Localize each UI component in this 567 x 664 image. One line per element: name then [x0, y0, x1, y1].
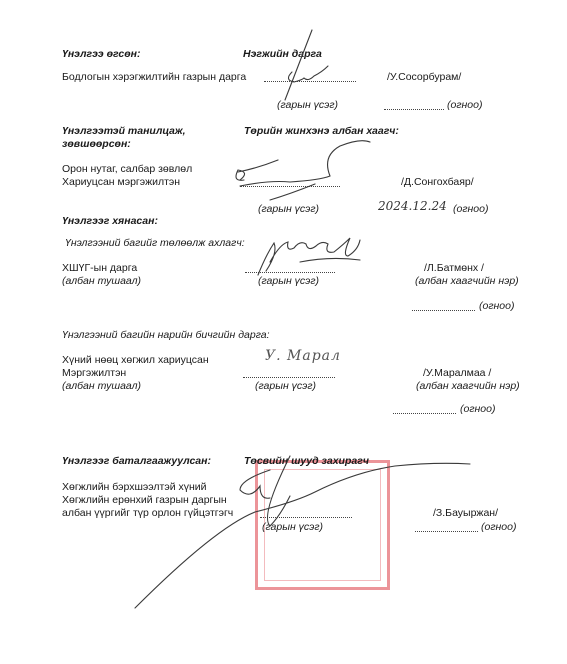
secretary-date-line: [393, 413, 456, 414]
section4-position-line2: Хөгжлийн ерөнхий газрын даргын: [62, 494, 227, 506]
secretary-position-line1: Хүний нөөц хөгжил хариуцсан: [62, 354, 209, 366]
section4-name: /З.Бауыржан/: [433, 507, 498, 519]
section4-date-line: [415, 531, 478, 532]
section1-date-line: [384, 109, 444, 110]
section4-heading-right: Төсвийн шууд захирагч: [244, 455, 369, 467]
lead-signature-line: [245, 272, 335, 273]
secretary-position-label: (албан тушаал): [62, 380, 141, 392]
secretary-position-line2: Мэргэжилтэн: [62, 367, 126, 379]
section2-date-label: (огноо): [453, 203, 488, 215]
team-lead-label: Үнэлгээний багийг төлөөлж ахлагч:: [65, 237, 245, 249]
section4-position-line3: албан үүргийг түр орлон гүйцэтгэгч: [62, 507, 233, 519]
lead-name-label: (албан хаагчийн нэр): [415, 275, 519, 287]
lead-position-label: (албан тушаал): [62, 275, 141, 287]
section1-heading-left: Үнэлгээ өгсөн:: [62, 48, 140, 60]
section2-position-line1: Орон нутаг, салбар зөвлөл: [62, 163, 192, 175]
section3-heading: Үнэлгээг хянасан:: [62, 215, 158, 227]
section2-handwritten-date: 2024.12.24: [378, 200, 447, 212]
lead-date-line: [412, 310, 475, 311]
secretary-signature-label: (гарын үсэг): [255, 380, 316, 392]
secretary-date-label: (огноо): [460, 403, 495, 415]
section2-position-line2: Хариуцсан мэргэжилтэн: [62, 176, 180, 188]
section4-heading-left: Үнэлгээг баталгаажуулсан:: [62, 455, 211, 467]
section1-date-label: (огноо): [447, 99, 482, 111]
secretary-name: /У.Маралмаа /: [423, 367, 491, 379]
section2-signature-line: [240, 186, 340, 187]
lead-signature-label: (гарын үсэг): [258, 275, 319, 287]
section4-signature-line: [260, 517, 352, 518]
section1-position: Бодлогын хэрэгжилтийн газрын дарга: [62, 71, 246, 83]
secretary-label: Үнэлгээний багийн нарийн бичгийн дарга:: [62, 329, 270, 341]
lead-position: ХШҮГ-ын дарга: [62, 262, 137, 274]
lead-name: /Л.Батмөнх /: [424, 262, 484, 274]
section2-heading-left-line2: зөвшөөрсөн:: [62, 138, 131, 150]
section4-date-label: (огноо): [481, 521, 516, 533]
section4-signature-label: (гарын үсэг): [262, 521, 323, 533]
secretary-name-label: (албан хаагчийн нэр): [416, 380, 520, 392]
section1-heading-right: Нэгжийн дарга: [243, 48, 322, 60]
section1-signature-label: (гарын үсэг): [277, 99, 338, 111]
signature-2: [236, 141, 370, 200]
section1-name: /У.Сосорбурам/: [387, 71, 461, 83]
lead-date-label: (огноо): [479, 300, 514, 312]
secretary-handwritten-signature: У. Марал: [265, 350, 341, 362]
section2-heading-right: Төрийн жинхэнэ албан хаагч:: [244, 125, 399, 137]
secretary-signature-line: [243, 377, 335, 378]
section2-heading-left-line1: Үнэлгээтэй танилцаж,: [62, 125, 186, 137]
signature-3: [258, 238, 360, 275]
section2-signature-label: (гарын үсэг): [258, 203, 319, 215]
section2-name: /Д.Сонгохбаяр/: [401, 176, 474, 188]
signature-1: [285, 30, 312, 100]
section1-signature-line: [264, 81, 356, 82]
section4-position-line1: Хөгжлийн бэрхшээлтэй хүний: [62, 481, 207, 493]
